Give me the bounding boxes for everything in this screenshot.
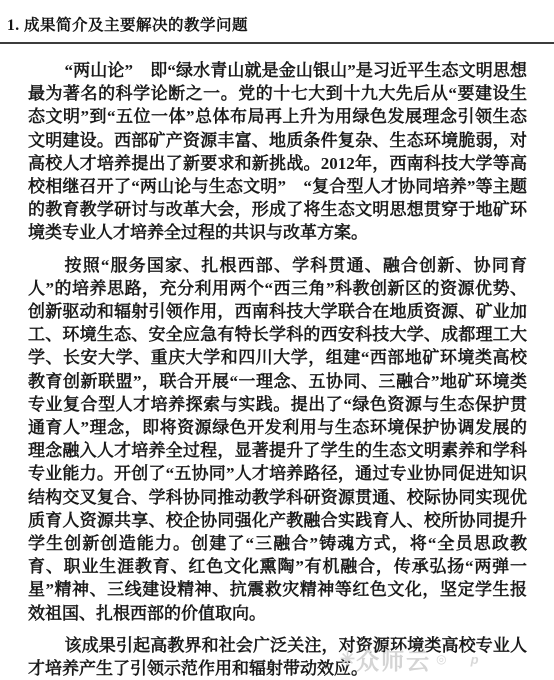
paragraph-approach: 按照“服务国家、扎根西部、学科贯通、融合创新、协同育人”的培养思路，充分利用两个… (28, 254, 527, 625)
document-body: “两山论” 即“绿水青山就是金山银山”是习近平生态文明思想最为著名的科学论断之一… (0, 44, 554, 680)
document-page: 1. 成果简介及主要解决的教学问题 “两山论” 即“绿水青山就是金山银山”是习近… (0, 0, 554, 680)
paragraph-impact: 该成果引起高教界和社会广泛关注，对资源环境类高校专业人才培养产生了引领示范作用和… (28, 634, 527, 680)
paragraph-intro: “两山论” 即“绿水青山就是金山银山”是习近平生态文明思想最为著名的科学论断之一… (28, 59, 527, 245)
section-heading: 1. 成果简介及主要解决的教学问题 (0, 0, 554, 35)
